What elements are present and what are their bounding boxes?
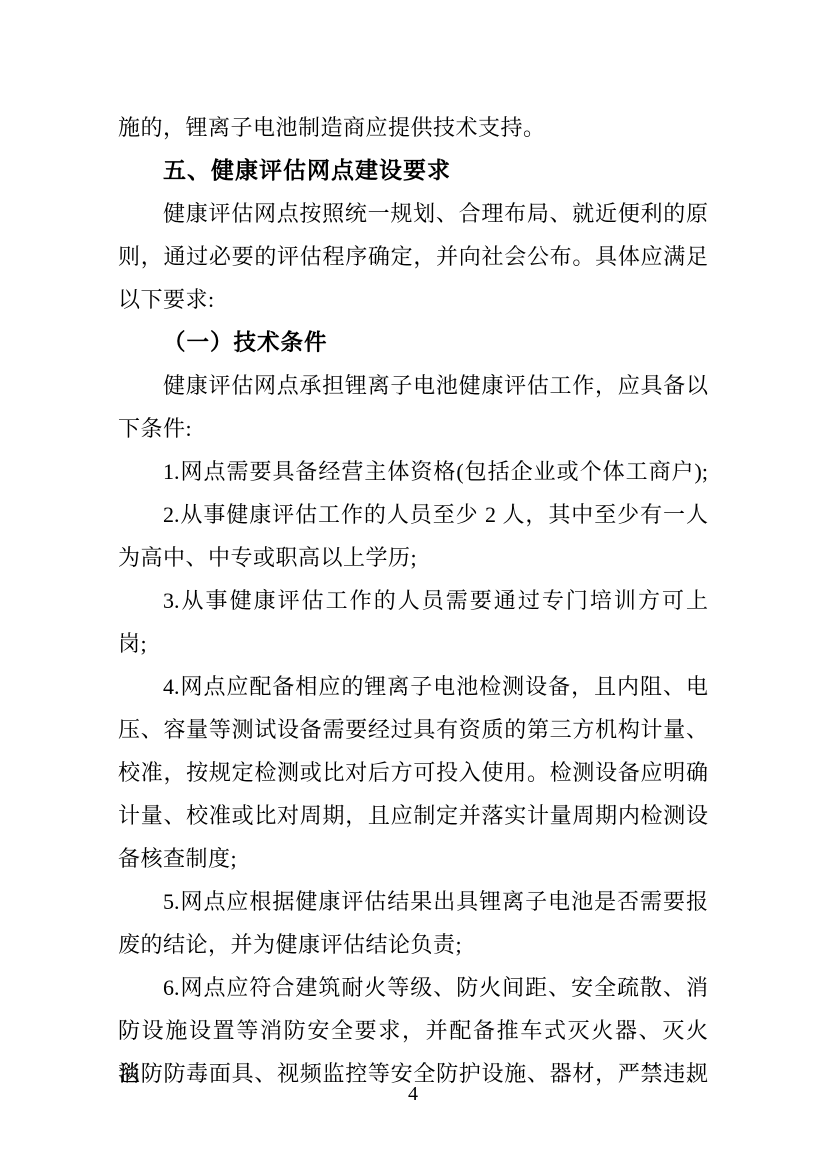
text-line: 则，通过必要的评估程序确定，并向社会公布。具体应满足 <box>118 235 708 278</box>
text-line: 施的，锂离子电池制造商应提供技术支持。 <box>118 106 708 149</box>
text-line: 下条件: <box>118 407 708 450</box>
text-line: 健康评估网点承担锂离子电池健康评估工作，应具备以 <box>118 364 708 407</box>
page-number: 4 <box>0 1081 826 1107</box>
document-page: 施的，锂离子电池制造商应提供技术支持。五、健康评估网点建设要求健康评估网点按照统… <box>0 0 826 1169</box>
text-line: 备核查制度; <box>118 837 708 880</box>
subsection-heading: （一）技术条件 <box>118 321 708 364</box>
text-line: 以下要求: <box>118 278 708 321</box>
text-line: 2.从事健康评估工作的人员至少 2 人，其中至少有一人 <box>118 493 708 536</box>
text-line: 4.网点应配备相应的锂离子电池检测设备，且内阻、电 <box>118 665 708 708</box>
document-body: 施的，锂离子电池制造商应提供技术支持。五、健康评估网点建设要求健康评估网点按照统… <box>118 106 708 1095</box>
text-line: 5.网点应根据健康评估结果出具锂离子电池是否需要报 <box>118 880 708 923</box>
text-line: 计量、校准或比对周期，且应制定并落实计量周期内检测设 <box>118 794 708 837</box>
text-line: 防设施设置等消防安全要求，并配备推车式灭火器、灭火毯、 <box>118 1009 708 1052</box>
text-line: 6.网点应符合建筑耐火等级、防火间距、安全疏散、消 <box>118 966 708 1009</box>
text-line: 1.网点需要具备经营主体资格(包括企业或个体工商户); <box>118 450 708 493</box>
text-line: 3.从事健康评估工作的人员需要通过专门培训方可上 <box>118 579 708 622</box>
section-heading: 五、健康评估网点建设要求 <box>118 149 708 192</box>
text-line: 为高中、中专或职高以上学历; <box>118 536 708 579</box>
text-line: 健康评估网点按照统一规划、合理布局、就近便利的原 <box>118 192 708 235</box>
text-line: 废的结论，并为健康评估结论负责; <box>118 923 708 966</box>
text-line: 岗; <box>118 622 708 665</box>
text-line: 压、容量等测试设备需要经过具有资质的第三方机构计量、 <box>118 708 708 751</box>
text-line: 校准，按规定检测或比对后方可投入使用。检测设备应明确 <box>118 751 708 794</box>
